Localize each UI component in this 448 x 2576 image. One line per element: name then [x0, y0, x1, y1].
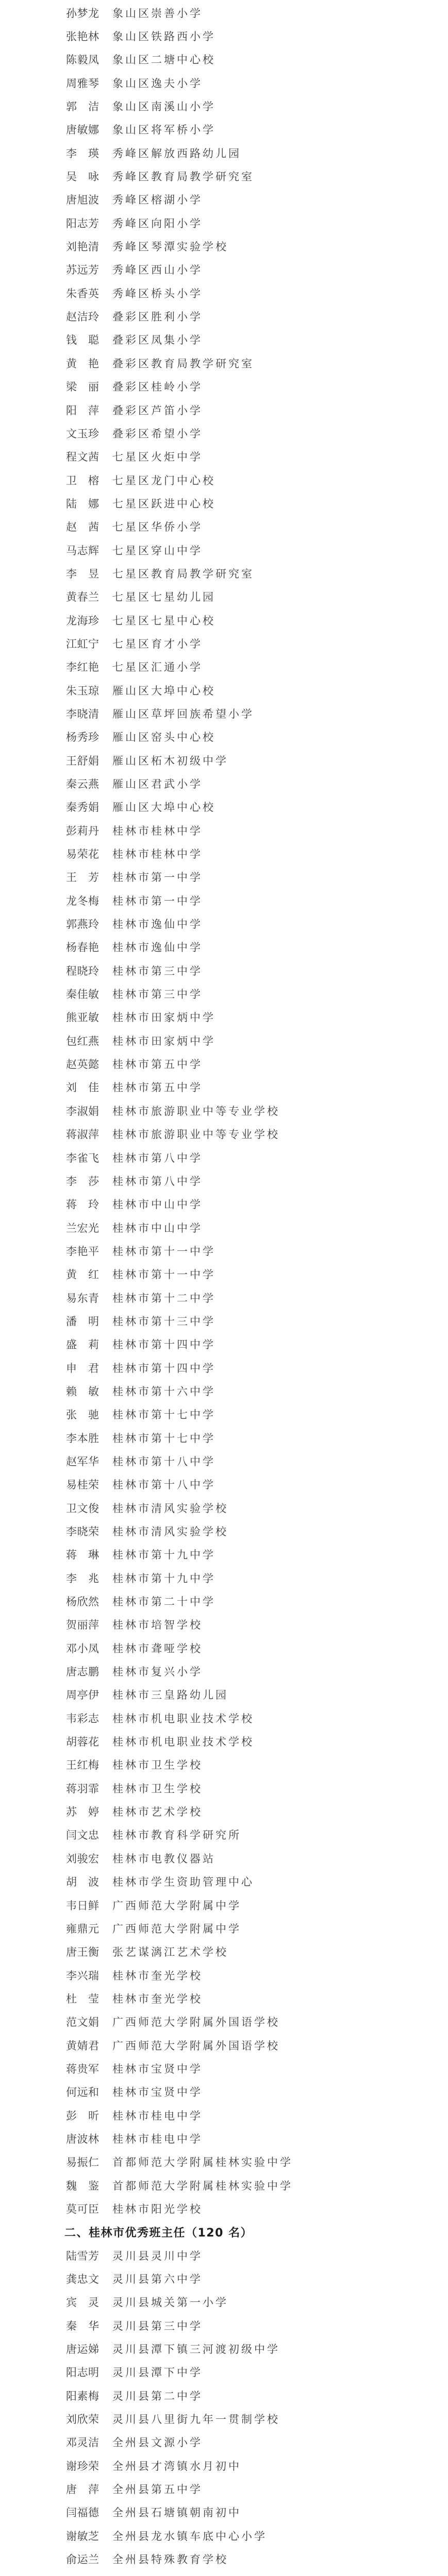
school-name: 桂林市第十九中学 — [112, 1547, 215, 1562]
section-header: 二、桂林市优秀班主任（120 名） — [64, 2221, 448, 2244]
teacher-name: 易荣花 — [66, 846, 112, 861]
school-name: 张艺谋漓江艺术学校 — [112, 1944, 228, 1959]
school-name: 桂林市聋哑学校 — [112, 1640, 203, 1656]
school-name: 七星区教育局教学研究室 — [112, 566, 254, 581]
teacher-name: 魏 鉴 — [66, 2178, 112, 2193]
teacher-name: 郭燕玲 — [66, 916, 112, 931]
school-name: 桂林市第十三中学 — [112, 1313, 215, 1329]
school-name: 雁山区柘木初级中学 — [112, 753, 228, 768]
school-name: 桂林市中山中学 — [112, 1220, 203, 1235]
teacher-row: 周雅琴象山区逸夫小学 — [0, 71, 448, 94]
teacher-name: 李淑娟 — [66, 1103, 112, 1118]
school-name: 桂林市第十一中学 — [112, 1243, 215, 1259]
teacher-row: 彭 昕桂林市桂电中学 — [0, 2104, 448, 2127]
teacher-row: 龙冬梅桂林市第一中学 — [0, 889, 448, 912]
teacher-name: 秦佳敏 — [66, 986, 112, 1002]
school-name: 桂林市第八中学 — [112, 1173, 203, 1189]
teacher-row: 李艳平桂林市第十一中学 — [0, 1239, 448, 1262]
teacher-row: 黄婧君广西师范大学附属外国语学校 — [0, 2033, 448, 2057]
school-name: 桂林市奎光学校 — [112, 1968, 203, 1983]
teacher-row: 秦 华灵川县第三中学 — [0, 2314, 448, 2337]
school-name: 象山区铁路西小学 — [112, 28, 215, 44]
teacher-name: 孙梦龙 — [66, 5, 112, 21]
teacher-name: 阳素梅 — [66, 2388, 112, 2403]
document-page: 孙梦龙象山区崇善小学张艳林象山区铁路西小学陈毅凤象山区二塘中心校周雅琴象山区逸夫… — [0, 0, 448, 2576]
teacher-name: 陆雪芳 — [66, 2248, 112, 2263]
teacher-row: 杨欣然桂林市第二十中学 — [0, 1589, 448, 1613]
teacher-name: 刘艳清 — [66, 239, 112, 254]
teacher-row: 龚忠文灵川县第六中学 — [0, 2267, 448, 2290]
school-name: 叠彩区胜利小学 — [112, 309, 203, 324]
school-name: 七星区跃进中心校 — [112, 496, 215, 511]
teacher-row: 赵洁玲叠彩区胜利小学 — [0, 304, 448, 328]
teacher-row: 蒋贵军桂林市宝贤中学 — [0, 2057, 448, 2080]
teacher-name: 唐运娣 — [66, 2341, 112, 2357]
teacher-row: 李 莎桂林市第八中学 — [0, 1169, 448, 1192]
teacher-name: 杨欣然 — [66, 1594, 112, 1609]
school-name: 桂林市卫生学校 — [112, 1781, 203, 1796]
school-name: 秀峰区西山小学 — [112, 262, 203, 277]
school-name: 桂林市桂电中学 — [112, 2131, 203, 2146]
teacher-row: 范文娟广西师范大学附属外国语学校 — [0, 2010, 448, 2033]
school-name: 七星区育才小学 — [112, 636, 203, 651]
teacher-name: 王 芳 — [66, 869, 112, 885]
school-name: 桂林市学生资助管理中心 — [112, 1874, 254, 1889]
school-name: 七星区七星幼儿园 — [112, 589, 215, 604]
teacher-row: 赖 敏桂林市第十六中学 — [0, 1379, 448, 1402]
school-name: 七星区穿山中学 — [112, 543, 203, 558]
school-name: 秀峰区琴潭实验学校 — [112, 239, 228, 254]
teacher-name: 闫文忠 — [66, 1827, 112, 1842]
school-name: 桂林市田家炳中学 — [112, 1009, 215, 1025]
teacher-row: 胡蓉花桂林市机电职业技术学校 — [0, 1730, 448, 1753]
teacher-name: 兰宏光 — [66, 1220, 112, 1235]
teacher-name: 程晓玲 — [66, 963, 112, 978]
teacher-name: 闫福德 — [66, 2504, 112, 2520]
teacher-row: 何远和桂林市宝贤中学 — [0, 2080, 448, 2104]
school-name: 象山区逸夫小学 — [112, 75, 203, 91]
teacher-row: 陆 娜七星区跃进中心校 — [0, 492, 448, 515]
teacher-name: 苏 婷 — [66, 1804, 112, 1819]
school-name: 叠彩区希望小学 — [112, 426, 203, 441]
teacher-name: 赵英懿 — [66, 1056, 112, 1072]
school-name: 桂林市第八中学 — [112, 1150, 203, 1165]
teacher-row: 刘 佳桂林市第五中学 — [0, 1076, 448, 1099]
teacher-name: 龙冬梅 — [66, 893, 112, 908]
teacher-row: 李本胜桂林市第十七中学 — [0, 1426, 448, 1449]
school-name: 桂林市第十二中学 — [112, 1290, 215, 1306]
teacher-name: 黄 艳 — [66, 355, 112, 371]
school-name: 叠彩区桂岭小学 — [112, 379, 203, 394]
school-name: 全州县文源小学 — [112, 2434, 203, 2450]
teacher-name: 秦 华 — [66, 2318, 112, 2333]
teacher-row: 阳志芳秀峰区向阳小学 — [0, 211, 448, 234]
school-name: 桂林市清风实验学校 — [112, 1523, 228, 1539]
school-name: 桂林市第一中学 — [112, 893, 203, 908]
school-name: 桂林市第十七中学 — [112, 1430, 215, 1446]
teacher-row: 阳素梅灵川县第二中学 — [0, 2384, 448, 2407]
teacher-row: 陆雪芳灵川县灵川中学 — [0, 2244, 448, 2267]
teacher-row: 闫福德全州县石塘镇朝南初中 — [0, 2501, 448, 2524]
teacher-row: 刘艳清秀峰区琴潭实验学校 — [0, 234, 448, 258]
teacher-row: 张 驰桂林市第十七中学 — [0, 1403, 448, 1426]
teacher-row: 魏 鉴首都师范大学附属桂林实验中学 — [0, 2174, 448, 2197]
school-name: 桂林市第一中学 — [112, 869, 203, 885]
teacher-row: 易东青桂林市第十二中学 — [0, 1286, 448, 1309]
teacher-row: 唐旭波秀峰区榕湖小学 — [0, 188, 448, 211]
school-name: 桂林市田家炳中学 — [112, 1033, 215, 1048]
teacher-name: 唐波林 — [66, 2131, 112, 2146]
school-name: 桂林市电教仪器站 — [112, 1851, 215, 1866]
teacher-row: 秦佳敏桂林市第三中学 — [0, 982, 448, 1005]
teacher-row: 阳志明灵川县潭下中学 — [0, 2361, 448, 2384]
teacher-name: 彭莉丹 — [66, 823, 112, 838]
school-name: 秀峰区教育局教学研究室 — [112, 168, 254, 184]
teacher-name: 苏远芳 — [66, 262, 112, 277]
teacher-name: 熊亚敏 — [66, 1009, 112, 1025]
school-name: 桂林市旅游职业中等专业学校 — [112, 1126, 280, 1142]
teacher-name: 杨秀珍 — [66, 729, 112, 744]
teacher-row: 秦秀娟雁山区大埠中心校 — [0, 795, 448, 819]
school-name: 灵川县潭下镇三河渡初级中学 — [112, 2341, 280, 2357]
teacher-name: 周雅琴 — [66, 75, 112, 91]
school-name: 雁山区君武小学 — [112, 776, 203, 791]
school-name: 桂林市复兴小学 — [112, 1664, 203, 1679]
school-name: 雁山区大埠中心校 — [112, 799, 215, 815]
teacher-name: 马志辉 — [66, 543, 112, 558]
teacher-name: 蒋 玲 — [66, 1196, 112, 1212]
teacher-row: 王红梅桂林市卫生学校 — [0, 1753, 448, 1776]
teacher-row: 程晓玲桂林市第三中学 — [0, 959, 448, 982]
school-name: 七星区汇通小学 — [112, 659, 203, 674]
teacher-row: 闫文忠桂林市教育科学研究所 — [0, 1823, 448, 1846]
teacher-row: 包红燕桂林市田家炳中学 — [0, 1029, 448, 1052]
school-name: 灵川县灵川中学 — [112, 2248, 203, 2263]
teacher-name: 赵洁玲 — [66, 309, 112, 324]
teacher-name: 易桂荣 — [66, 1477, 112, 1492]
teacher-row: 梁 丽叠彩区桂岭小学 — [0, 375, 448, 398]
teacher-row: 文玉珍叠彩区希望小学 — [0, 421, 448, 445]
school-name: 广西师范大学附属外国语学校 — [112, 2038, 280, 2053]
teacher-row: 邓灵洁全州县文源小学 — [0, 2431, 448, 2454]
teacher-name: 唐 萍 — [66, 2481, 112, 2497]
teacher-name: 黄春兰 — [66, 589, 112, 604]
school-name: 灵川县第三中学 — [112, 2318, 203, 2333]
teacher-row: 马志辉七星区穿山中学 — [0, 538, 448, 562]
teacher-name: 易东青 — [66, 1290, 112, 1306]
school-name: 广西师范大学附属外国语学校 — [112, 2014, 280, 2029]
teacher-row: 杜 莹桂林市奎光学校 — [0, 1987, 448, 2010]
school-name: 七星区火炬中学 — [112, 449, 203, 464]
teacher-name: 蒋贵军 — [66, 2061, 112, 2076]
school-name: 七星区七星中心校 — [112, 613, 215, 628]
teacher-row: 蒋羽霏桂林市卫生学校 — [0, 1776, 448, 1800]
teacher-row: 周亭伊桂林市三皇路幼儿园 — [0, 1683, 448, 1706]
teacher-name: 李雀飞 — [66, 1150, 112, 1165]
teacher-name: 莫可臣 — [66, 2201, 112, 2216]
teacher-row: 郭 洁象山区南溪山小学 — [0, 94, 448, 117]
school-name: 桂林市宝贤中学 — [112, 2061, 203, 2076]
teacher-name: 刘 佳 — [66, 1079, 112, 1095]
school-name: 桂林市第十九中学 — [112, 1570, 215, 1586]
teacher-name: 李兴瑞 — [66, 1968, 112, 1983]
school-name: 叠彩区教育局教学研究室 — [112, 355, 254, 371]
school-name: 灵川县第六中学 — [112, 2271, 203, 2286]
teacher-name: 李 昱 — [66, 566, 112, 581]
teacher-name: 李 兆 — [66, 1570, 112, 1586]
teacher-name: 贺丽萍 — [66, 1617, 112, 1632]
teacher-name: 邓小凤 — [66, 1640, 112, 1656]
teacher-name: 龚忠文 — [66, 2271, 112, 2286]
school-name: 桂林市机电职业技术学校 — [112, 1734, 254, 1749]
teacher-row: 杨秀珍雁山区窑头中心校 — [0, 725, 448, 749]
teacher-name: 秦秀娟 — [66, 799, 112, 815]
teacher-name: 雍鼎元 — [66, 1921, 112, 1936]
teacher-name: 胡蓉花 — [66, 1734, 112, 1749]
teacher-name: 黄 红 — [66, 1266, 112, 1282]
teacher-name: 赵 茜 — [66, 519, 112, 534]
teacher-row: 唐志鹏桂林市复兴小学 — [0, 1659, 448, 1683]
school-name: 叠彩区凤集小学 — [112, 332, 203, 347]
school-name: 桂林市第五中学 — [112, 1056, 203, 1072]
teacher-row: 谢珍荣全州县才湾镇水月初中 — [0, 2454, 448, 2477]
school-name: 首都师范大学附属桂林实验中学 — [112, 2154, 293, 2170]
teacher-row: 邓小凤桂林市聋哑学校 — [0, 1636, 448, 1659]
school-name: 桂林市第十四中学 — [112, 1360, 215, 1376]
teacher-row: 彭莉丹桂林市桂林中学 — [0, 819, 448, 842]
teacher-row: 贺丽萍桂林市培智学校 — [0, 1613, 448, 1636]
teacher-name: 程文茜 — [66, 449, 112, 464]
teacher-row: 陈毅凤象山区二塘中心校 — [0, 48, 448, 71]
teacher-name: 朱香英 — [66, 285, 112, 301]
teacher-name: 李红艳 — [66, 659, 112, 674]
school-name: 秀峰区向阳小学 — [112, 215, 203, 231]
teacher-row: 苏远芳秀峰区西山小学 — [0, 258, 448, 281]
teacher-row: 唐波林桂林市桂电中学 — [0, 2127, 448, 2150]
teacher-name: 潘 明 — [66, 1313, 112, 1329]
teacher-row: 吴 咏秀峰区教育局教学研究室 — [0, 164, 448, 188]
teacher-row: 雍鼎元广西师范大学附属中学 — [0, 1917, 448, 1940]
teacher-name: 秦云燕 — [66, 776, 112, 791]
teacher-name: 彭 昕 — [66, 2108, 112, 2123]
teacher-name: 龙海珍 — [66, 613, 112, 628]
teacher-name: 唐敏娜 — [66, 122, 112, 137]
teacher-row: 赵军华桂林市第十八中学 — [0, 1449, 448, 1472]
school-name: 桂林市第十六中学 — [112, 1383, 215, 1399]
teacher-row: 龙海珍七星区七星中心校 — [0, 608, 448, 632]
teacher-row: 秦云燕雁山区君武小学 — [0, 772, 448, 795]
teacher-name: 蒋 琳 — [66, 1547, 112, 1562]
school-name: 首都师范大学附属桂林实验中学 — [112, 2178, 293, 2193]
school-name: 桂林市培智学校 — [112, 1617, 203, 1632]
teacher-name: 俞运兰 — [66, 2551, 112, 2567]
teacher-name: 唐旭波 — [66, 192, 112, 207]
teacher-row: 李雀飞桂林市第八中学 — [0, 1146, 448, 1169]
teacher-row: 李淑娟桂林市旅游职业中等专业学校 — [0, 1099, 448, 1122]
teacher-name: 盛 莉 — [66, 1336, 112, 1352]
teacher-name: 李晓清 — [66, 706, 112, 721]
teacher-name: 陆 娜 — [66, 496, 112, 511]
teacher-name: 阳 萍 — [66, 402, 112, 418]
school-name: 桂林市逸仙中学 — [112, 916, 203, 931]
teacher-row: 熊亚敏桂林市田家炳中学 — [0, 1006, 448, 1029]
teacher-row: 李 昱七星区教育局教学研究室 — [0, 562, 448, 585]
teacher-name: 宾 灵 — [66, 2294, 112, 2310]
school-name: 秀峰区解放西路幼儿园 — [112, 145, 241, 161]
school-name: 桂林市第十七中学 — [112, 1406, 215, 1422]
school-name: 桂林市第五中学 — [112, 1079, 203, 1095]
school-name: 桂林市桂林中学 — [112, 823, 203, 838]
teacher-row: 李 瑛秀峰区解放西路幼儿园 — [0, 141, 448, 164]
teacher-row: 蒋 琳桂林市第十九中学 — [0, 1543, 448, 1566]
teacher-row: 李晓清雁山区草坪回族希望小学 — [0, 702, 448, 725]
teacher-name: 朱玉琼 — [66, 683, 112, 698]
teacher-row: 卫文俊桂林市清风实验学校 — [0, 1496, 448, 1519]
teacher-row: 程文茜七星区火炬中学 — [0, 445, 448, 468]
school-name: 桂林市卫生学校 — [112, 1757, 203, 1772]
school-name: 七星区龙门中心校 — [112, 472, 215, 488]
teacher-row: 唐运娣灵川县潭下镇三河渡初级中学 — [0, 2337, 448, 2360]
school-name: 桂林市第十四中学 — [112, 1336, 215, 1352]
teacher-name: 吴 咏 — [66, 168, 112, 184]
teacher-row: 郭燕玲桂林市逸仙中学 — [0, 912, 448, 935]
teacher-name: 钱 聪 — [66, 332, 112, 347]
teacher-row: 张艳林象山区铁路西小学 — [0, 24, 448, 47]
teacher-name: 韦日鲜 — [66, 1897, 112, 1913]
teacher-row: 王舒娟雁山区柘木初级中学 — [0, 749, 448, 772]
teacher-row: 莫可臣桂林市阳光学校 — [0, 2197, 448, 2220]
teacher-row: 阳 萍叠彩区芦笛小学 — [0, 398, 448, 421]
school-name: 桂林市逸仙中学 — [112, 939, 203, 955]
school-name: 桂林市旅游职业中等专业学校 — [112, 1103, 280, 1118]
teacher-row: 苏 婷桂林市艺术学校 — [0, 1800, 448, 1823]
school-name: 桂林市第三中学 — [112, 963, 203, 978]
teacher-row: 兰宏光桂林市中山中学 — [0, 1216, 448, 1239]
teacher-name: 江虹宁 — [66, 636, 112, 651]
school-name: 灵川县潭下中学 — [112, 2364, 203, 2380]
teacher-name: 刘骏宏 — [66, 1851, 112, 1866]
school-name: 桂林市阳光学校 — [112, 2201, 203, 2216]
school-name: 象山区将军桥小学 — [112, 122, 215, 137]
school-name: 桂林市第二十中学 — [112, 1594, 215, 1609]
teacher-name: 胡 波 — [66, 1874, 112, 1889]
teacher-name: 杜 莹 — [66, 1991, 112, 2006]
teacher-name: 王红梅 — [66, 1757, 112, 1772]
teacher-row: 潘 明桂林市第十三中学 — [0, 1309, 448, 1332]
teacher-name: 蒋羽霏 — [66, 1781, 112, 1796]
school-name: 象山区二塘中心校 — [112, 52, 215, 67]
teacher-row: 唐敏娜象山区将军桥小学 — [0, 118, 448, 141]
school-name: 象山区崇善小学 — [112, 5, 203, 21]
teacher-name: 黄婧君 — [66, 2038, 112, 2053]
teacher-row: 黄 艳叠彩区教育局教学研究室 — [0, 351, 448, 375]
school-name: 桂林市桂电中学 — [112, 2108, 203, 2123]
teacher-name: 李本胜 — [66, 1430, 112, 1446]
school-name: 灵川县城关第一小学 — [112, 2294, 228, 2310]
teacher-name: 阳志芳 — [66, 215, 112, 231]
teacher-row: 钱 聪叠彩区凤集小学 — [0, 328, 448, 351]
teacher-row: 蒋 玲桂林市中山中学 — [0, 1193, 448, 1216]
teacher-name: 周亭伊 — [66, 1687, 112, 1702]
teacher-row: 申 君桂林市第十四中学 — [0, 1356, 448, 1379]
teacher-name: 王舒娟 — [66, 753, 112, 768]
teacher-name: 李 瑛 — [66, 145, 112, 161]
teacher-row: 赵 茜七星区华侨小学 — [0, 515, 448, 538]
teacher-name: 卫文俊 — [66, 1500, 112, 1516]
teacher-row: 易荣花桂林市桂林中学 — [0, 842, 448, 865]
teacher-name: 谢珍荣 — [66, 2458, 112, 2473]
teacher-list: 孙梦龙象山区崇善小学张艳林象山区铁路西小学陈毅凤象山区二塘中心校周雅琴象山区逸夫… — [0, 0, 448, 2571]
teacher-row: 俞运兰全州县特殊教育学校 — [0, 2547, 448, 2570]
teacher-name: 韦彩志 — [66, 1710, 112, 1726]
teacher-row: 易振仁首都师范大学附属桂林实验中学 — [0, 2150, 448, 2174]
teacher-name: 范文娟 — [66, 2014, 112, 2029]
school-name: 雁山区窑头中心校 — [112, 729, 215, 744]
teacher-row: 宾 灵灵川县城关第一小学 — [0, 2291, 448, 2314]
school-name: 桂林市教育科学研究所 — [112, 1827, 241, 1842]
school-name: 象山区南溪山小学 — [112, 98, 215, 114]
school-name: 桂林市第十一中学 — [112, 1266, 215, 1282]
teacher-name: 梁 丽 — [66, 379, 112, 394]
teacher-row: 刘欣荣灵川县八里街九年一贯制学校 — [0, 2407, 448, 2430]
teacher-row: 唐王衡张艺谋漓江艺术学校 — [0, 1940, 448, 1963]
school-name: 全州县石塘镇朝南初中 — [112, 2504, 241, 2520]
school-name: 秀峰区榕湖小学 — [112, 192, 203, 207]
school-name: 全州县第五中学 — [112, 2481, 203, 2497]
school-name: 桂林市奎光学校 — [112, 1991, 203, 2006]
teacher-row: 江虹宁七星区育才小学 — [0, 632, 448, 655]
teacher-name: 何远和 — [66, 2084, 112, 2099]
school-name: 广西师范大学附属中学 — [112, 1921, 241, 1936]
school-name: 叠彩区芦笛小学 — [112, 402, 203, 418]
school-name: 桂林市艺术学校 — [112, 1804, 203, 1819]
teacher-row: 李兴瑞桂林市奎光学校 — [0, 1963, 448, 1987]
teacher-name: 刘欣荣 — [66, 2411, 112, 2427]
teacher-name: 卫 榕 — [66, 472, 112, 488]
teacher-row: 朱香英秀峰区桥头小学 — [0, 281, 448, 304]
school-name: 桂林市中山中学 — [112, 1196, 203, 1212]
teacher-row: 李晓荣桂林市清风实验学校 — [0, 1519, 448, 1543]
school-name: 全州县龙水镇车底中心小学 — [112, 2528, 267, 2544]
school-name: 桂林市第十八中学 — [112, 1477, 215, 1492]
school-name: 桂林市桂林中学 — [112, 846, 203, 861]
teacher-row: 黄春兰七星区七星幼儿园 — [0, 585, 448, 608]
teacher-row: 唐 萍全州县第五中学 — [0, 2477, 448, 2500]
teacher-name: 唐王衡 — [66, 1944, 112, 1959]
teacher-name: 李晓荣 — [66, 1523, 112, 1539]
school-name: 桂林市宝贤中学 — [112, 2084, 203, 2099]
teacher-row: 赵英懿桂林市第五中学 — [0, 1052, 448, 1075]
school-name: 灵川县第二中学 — [112, 2388, 203, 2403]
teacher-name: 阳志明 — [66, 2364, 112, 2380]
school-name: 全州县特殊教育学校 — [112, 2551, 228, 2567]
teacher-row: 易桂荣桂林市第十八中学 — [0, 1473, 448, 1496]
teacher-row: 黄 红桂林市第十一中学 — [0, 1263, 448, 1286]
school-name: 雁山区草坪回族希望小学 — [112, 706, 254, 721]
teacher-name: 杨春艳 — [66, 939, 112, 955]
teacher-name: 邓灵洁 — [66, 2434, 112, 2450]
teacher-name: 申 君 — [66, 1360, 112, 1376]
school-name: 灵川县八里街九年一贯制学校 — [112, 2411, 280, 2427]
school-name: 桂林市清风实验学校 — [112, 1500, 228, 1516]
teacher-name: 李 莎 — [66, 1173, 112, 1189]
teacher-name: 张 驰 — [66, 1406, 112, 1422]
teacher-name: 包红燕 — [66, 1033, 112, 1048]
teacher-row: 胡 波桂林市学生资助管理中心 — [0, 1870, 448, 1893]
school-name: 七星区华侨小学 — [112, 519, 203, 534]
teacher-row: 韦日鲜广西师范大学附属中学 — [0, 1893, 448, 1917]
teacher-row: 蒋淑萍桂林市旅游职业中等专业学校 — [0, 1123, 448, 1146]
